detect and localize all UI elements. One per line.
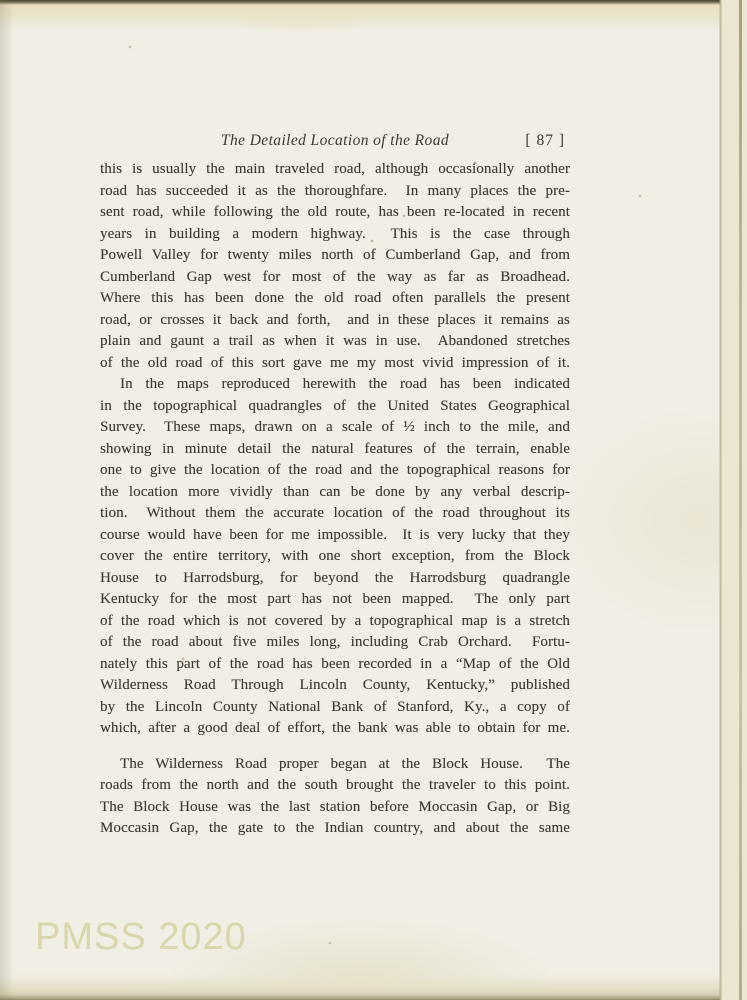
text-line: by the Lincoln County National Bank of S… bbox=[100, 697, 570, 719]
text-line: roads from the north and the south broug… bbox=[100, 775, 570, 797]
text-line: nately this part of the road has been re… bbox=[100, 654, 570, 676]
text-line: which, after a good deal of effort, the … bbox=[100, 718, 570, 740]
text-line: road, or crosses it back and forth, and … bbox=[100, 310, 570, 332]
text-line: of the road which is not covered by a to… bbox=[100, 611, 570, 633]
text-line: Kentucky for the most part has not been … bbox=[100, 589, 570, 611]
scan-edge-left bbox=[0, 0, 14, 1000]
text-line: of the old road of this sort gave me my … bbox=[100, 353, 570, 375]
text-line: House to Harrodsburg, for beyond the Har… bbox=[100, 568, 570, 590]
text-line: of the road about five miles long, inclu… bbox=[100, 632, 570, 654]
text-line: tion. Without them the accurate location… bbox=[100, 503, 570, 525]
page-number: [ 87 ] bbox=[525, 131, 565, 151]
text-line: sent road, while following the old route… bbox=[100, 202, 570, 224]
running-header: The Detailed Location of the Road [ 87 ] bbox=[100, 131, 570, 151]
text-line: The Block House was the last station bef… bbox=[100, 797, 570, 819]
text-line: plain and gaunt a trail as when it was i… bbox=[100, 331, 570, 353]
text-line: Wilderness Road Through Lincoln County, … bbox=[100, 675, 570, 697]
text-line: In the maps reproduced herewith the road… bbox=[100, 374, 570, 396]
text-line: Survey. These maps, drawn on a scale of … bbox=[100, 417, 570, 439]
text-line: one to give the location of the road and… bbox=[100, 460, 570, 482]
text-line: Cumberland Gap west for most of the way … bbox=[100, 267, 570, 289]
paragraph: this is usually the main traveled road, … bbox=[100, 159, 570, 374]
page-body: this is usually the main traveled road, … bbox=[100, 159, 570, 840]
text-line: showing in minute detail the natural fea… bbox=[100, 439, 570, 461]
text-line: Moccasin Gap, the gate to the Indian cou… bbox=[100, 818, 570, 840]
text-column: The Detailed Location of the Road [ 87 ]… bbox=[100, 131, 570, 840]
scan-edge-top bbox=[0, 0, 747, 34]
paragraph: The Wilderness Road proper began at the … bbox=[100, 754, 570, 840]
text-line: years in building a modern highway. This… bbox=[100, 224, 570, 246]
text-line: in the topographical quadrangles of the … bbox=[100, 396, 570, 418]
scanned-book-page: The Detailed Location of the Road [ 87 ]… bbox=[0, 0, 747, 1000]
paragraph: In the maps reproduced herewith the road… bbox=[100, 374, 570, 740]
text-line: this is usually the main traveled road, … bbox=[100, 159, 570, 181]
watermark: PMSS 2020 bbox=[35, 916, 247, 959]
text-line: Where this has been done the old road of… bbox=[100, 288, 570, 310]
text-line: The Wilderness Road proper began at the … bbox=[100, 754, 570, 776]
scan-edge-bottom bbox=[0, 974, 747, 1000]
text-line: road has succeeded it as the thoroughfar… bbox=[100, 181, 570, 203]
text-line: course would have been for me impossible… bbox=[100, 525, 570, 547]
page-edge-strip bbox=[721, 0, 747, 1000]
outer-edge-line bbox=[739, 0, 742, 1000]
page-edge-line bbox=[719, 0, 722, 1000]
running-title: The Detailed Location of the Road bbox=[100, 131, 570, 151]
text-line: cover the entire territory, with one sho… bbox=[100, 546, 570, 568]
text-line: Powell Valley for twenty miles north of … bbox=[100, 245, 570, 267]
text-line: the location more vividly than can be do… bbox=[100, 482, 570, 504]
